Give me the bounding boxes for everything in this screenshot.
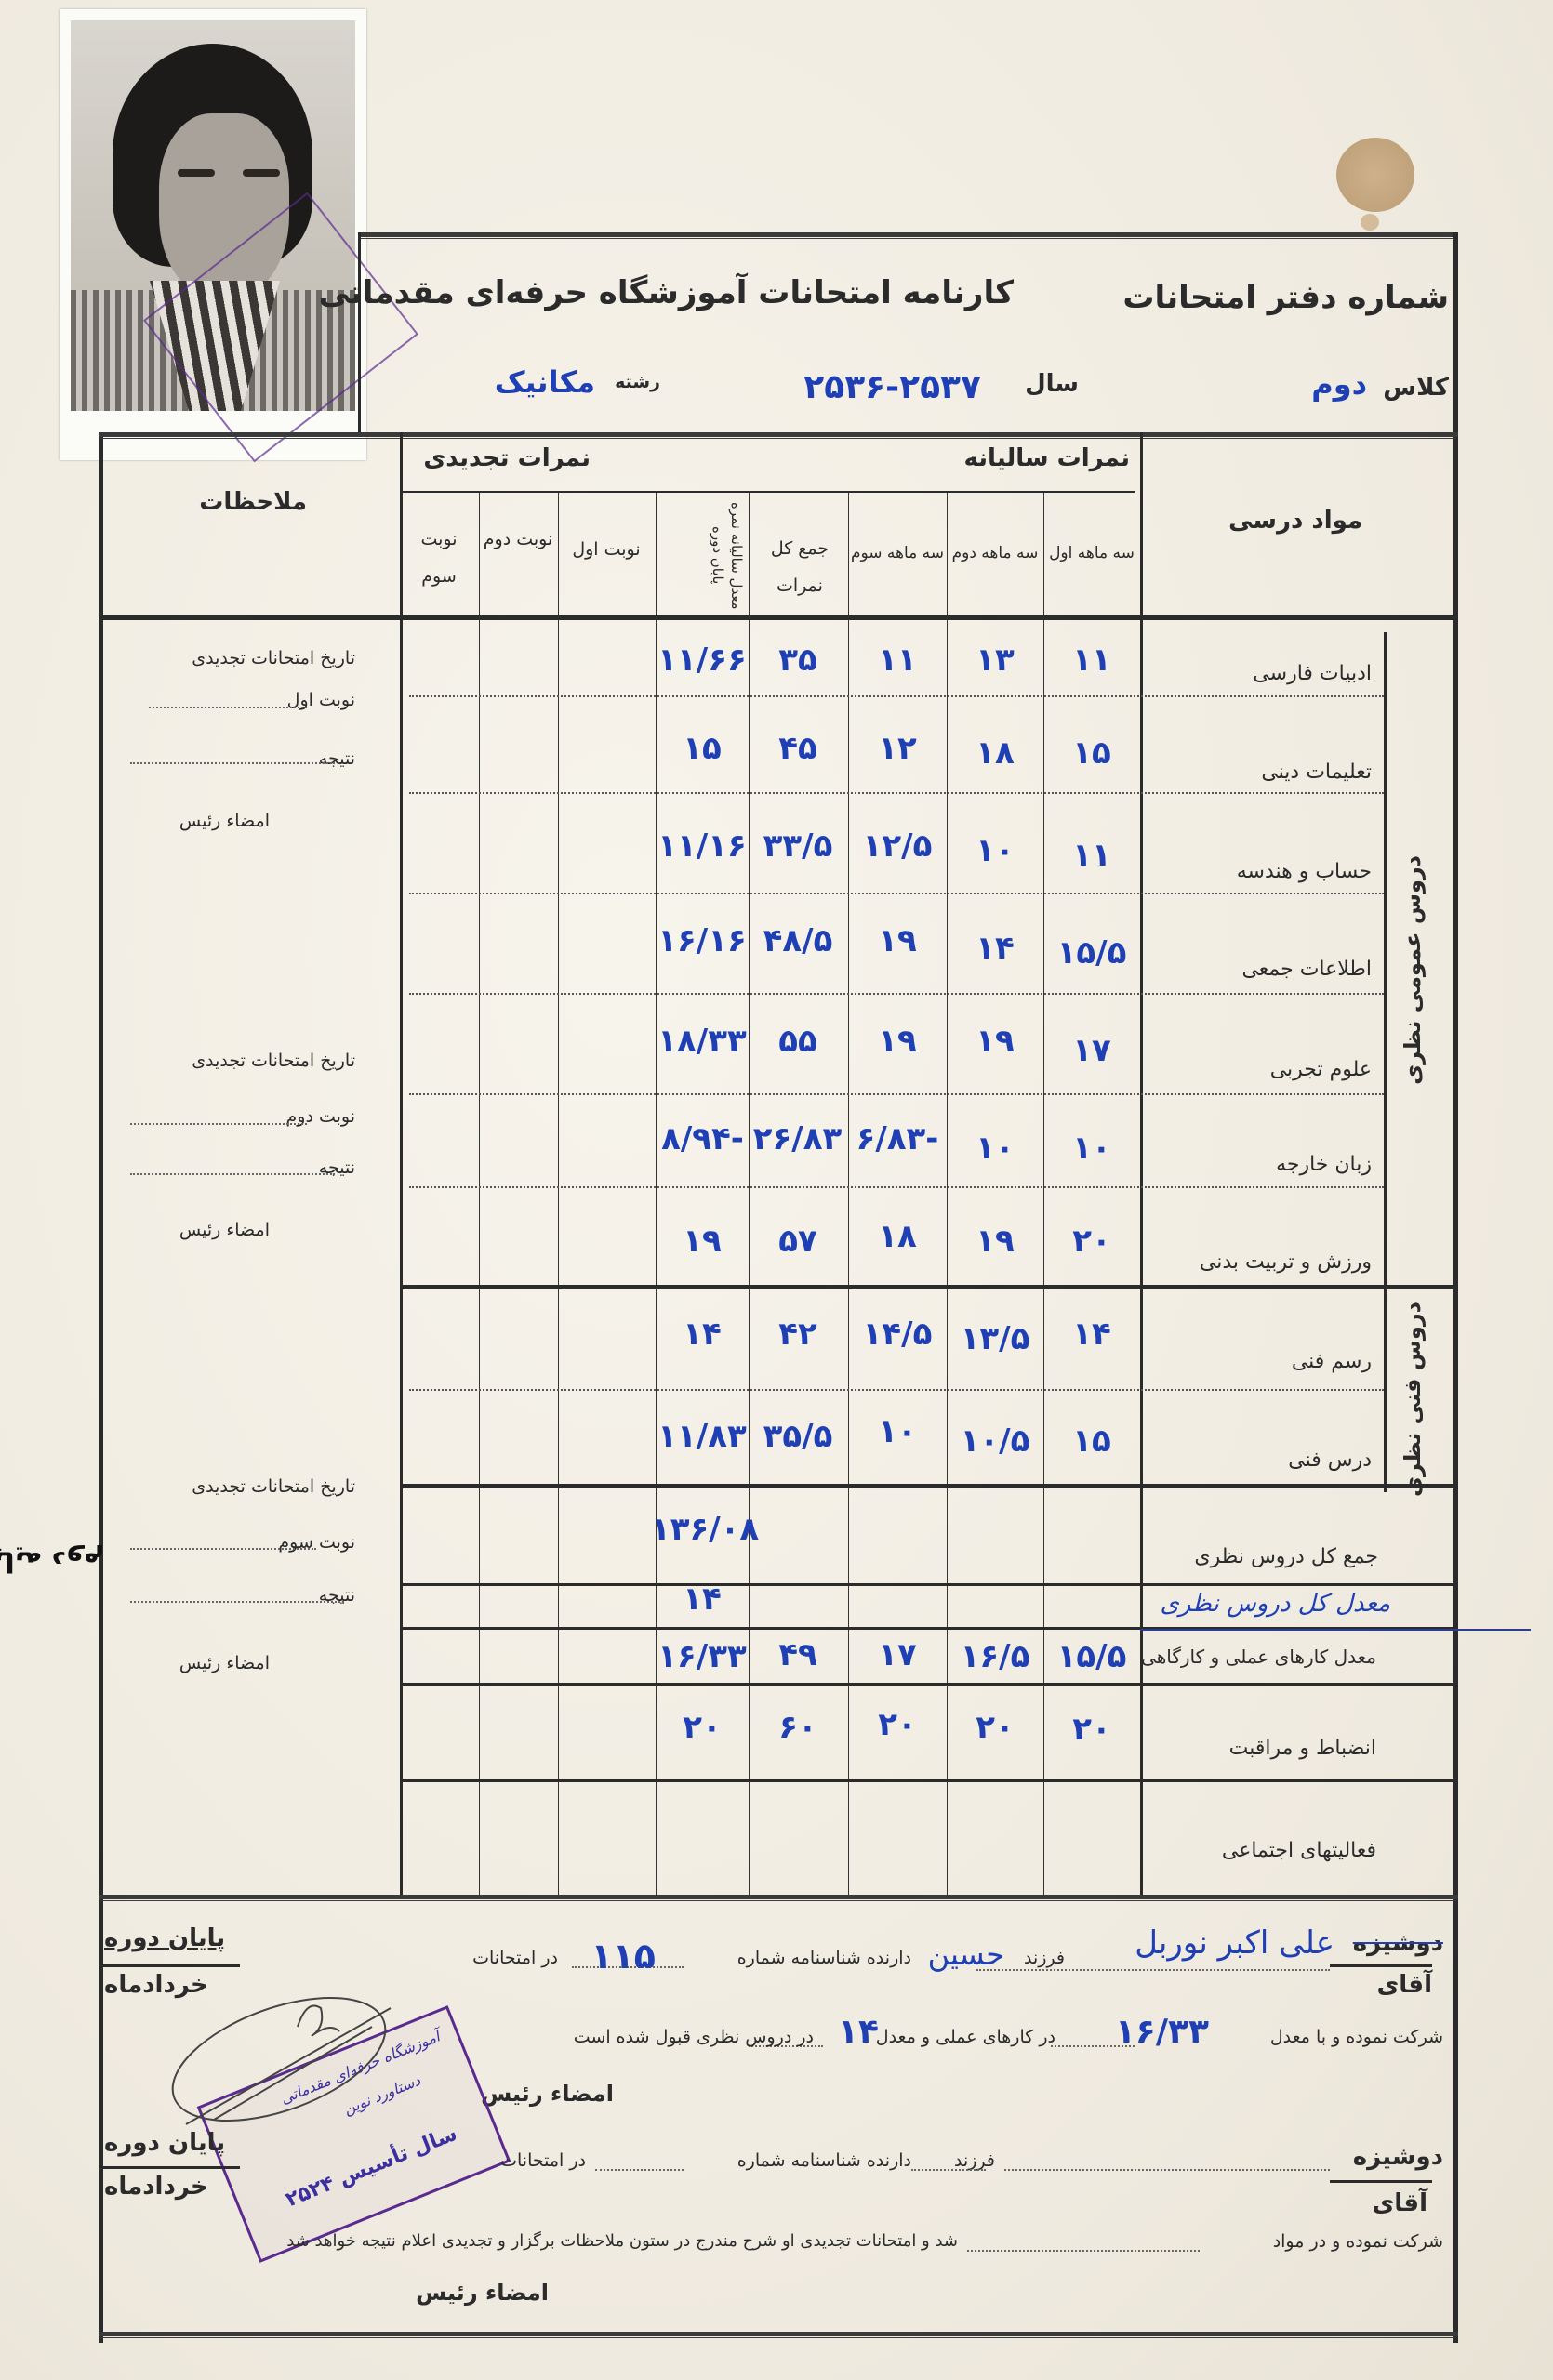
term2-cell: ۱۹ <box>949 1023 1042 1060</box>
total-cell: ۴۵ <box>751 730 844 767</box>
average-cell: ۱۸/۳۳ <box>656 1023 749 1060</box>
remark-signature: امضاء رئیس <box>179 1653 270 1673</box>
row-divider <box>409 792 1384 794</box>
subject-name: ورزش و تربیت بدنی <box>1200 1250 1372 1274</box>
col-line-subjects <box>1140 432 1143 1897</box>
col-retake-second: نوبت دوم <box>481 521 555 558</box>
col-line <box>479 493 480 1897</box>
annual-header: نمرات سالیانه <box>964 444 1130 472</box>
col-line <box>947 493 948 1897</box>
discipline-term1: ۲۰ <box>1045 1711 1138 1748</box>
col-line <box>656 493 657 1897</box>
average-cell: ۱۵ <box>656 730 749 767</box>
col-line <box>558 493 559 1897</box>
line2-part-b-2: شد و امتحانات تجدیدی او شرح مندرج در ستو… <box>286 2231 958 2251</box>
average-cell: ۱۶/۱۶ <box>656 922 749 959</box>
term2-cell: ۱۸ <box>949 734 1042 772</box>
remark-signature: امضاء رئیس <box>179 811 270 831</box>
id-value[interactable]: ۱۱۵ <box>591 1936 656 1977</box>
subject-name: علوم تجربی <box>1270 1058 1372 1081</box>
remark-round-blank[interactable] <box>130 1548 316 1550</box>
section-divider <box>400 1285 1458 1289</box>
term3-cell: ۱۲/۵ <box>851 827 944 865</box>
id-label-2: دارنده شناسنامه شماره <box>737 2150 911 2171</box>
total-cell: ۳۵ <box>751 641 844 679</box>
col-term3: سه ماهه سوم <box>848 544 947 562</box>
average-cell: ۱۱/۱۶ <box>656 827 749 865</box>
retake-header: نمرات تجدیدی <box>423 444 591 472</box>
frame-bottom <box>99 2332 1458 2336</box>
line2-part-a: شرکت نموده و با معدل <box>1270 2027 1443 2047</box>
term1-cell: ۱۰ <box>1045 1130 1138 1167</box>
name-blank-2[interactable] <box>1004 2169 1330 2171</box>
office-number-label: شماره دفتر امتحانات <box>1122 279 1449 316</box>
col-total: جمع کل نمرات <box>758 530 842 604</box>
child-of-label: فرزند <box>1024 1948 1065 1968</box>
subjects-blank-2[interactable] <box>967 2250 1200 2252</box>
discipline-label: انضباط و مراقبت <box>1229 1737 1376 1760</box>
col-retake-third: نوبت سوم <box>402 521 476 595</box>
father-name-value[interactable]: حسین <box>928 1937 1004 1972</box>
col-line <box>1043 493 1044 1897</box>
class-label: کلاس <box>1383 374 1449 402</box>
title-divider <box>1330 1964 1432 1967</box>
term3-cell: ۱۱ <box>851 641 944 679</box>
term2-cell: ۱۳ <box>949 641 1042 679</box>
stain-drip <box>1361 214 1379 231</box>
row-divider <box>409 1389 1384 1391</box>
id-blank-2[interactable] <box>595 2169 684 2171</box>
remark-title: تاریخ امتحانات تجدیدی <box>192 1476 355 1497</box>
col-average: معدل سالیانه نمره پایان دوره <box>662 497 746 614</box>
total-cell: ۴۸/۵ <box>751 922 844 959</box>
mr-label-2: آقای <box>1372 2189 1427 2217</box>
col-line-remarks <box>400 432 403 1897</box>
term3-cell: ۱۸ <box>851 1218 944 1255</box>
id-label: دارنده شناسنامه شماره <box>737 1948 911 1968</box>
theory-average-label: معدل کل دروس نظری <box>1160 1590 1390 1618</box>
term2-cell: ۱۰/۵ <box>949 1422 1042 1460</box>
father-blank-2[interactable] <box>911 2169 986 2171</box>
average-cell: ۸/۹۴- <box>649 1120 756 1157</box>
term2-cell: ۱۰ <box>949 1130 1042 1167</box>
theory-average-value-footer[interactable]: ۱۴ <box>838 2013 879 2051</box>
row-divider <box>409 1186 1384 1188</box>
exams-label-2: در امتحانات <box>500 2150 586 2171</box>
miss-label: دوشیزه <box>1353 1929 1443 1957</box>
total-cell: ۲۶/۸۳ <box>744 1120 851 1157</box>
col-term2: سه ماهه دوم <box>947 544 1043 562</box>
field-value[interactable]: مکانیک <box>495 364 595 400</box>
remark-result-blank[interactable] <box>130 1173 335 1175</box>
summary-divider <box>400 1683 1458 1686</box>
average-cell: ۱۱/۸۳ <box>656 1418 749 1455</box>
year-value[interactable]: ۲۵۳۶-۲۵۳۷ <box>803 368 981 406</box>
remark-signature: امضاء رئیس <box>179 1220 270 1240</box>
col-line <box>749 493 750 1897</box>
summary-divider <box>400 1779 1458 1782</box>
miss-label-2: دوشیزه <box>1353 2143 1443 2171</box>
subject-name: تعلیمات دینی <box>1261 760 1372 784</box>
period-divider <box>100 1964 240 1967</box>
period-label-2: پایان دوره <box>104 2129 225 2157</box>
term3-cell: ۱۴/۵ <box>851 1316 944 1353</box>
remark-result-blank[interactable] <box>130 1601 344 1603</box>
term3-cell: ۱۰ <box>851 1413 944 1450</box>
practical-term2: ۱۶/۵ <box>949 1638 1042 1675</box>
col-line <box>848 493 849 1897</box>
col-term1: سه ماهه اول <box>1043 544 1140 562</box>
term2-cell: ۱۰ <box>949 832 1042 869</box>
theory-total-label: جمع کل دروس نظری <box>1194 1545 1378 1568</box>
signature-label-1: امضاء رئیس <box>481 2081 614 2107</box>
subject-name: اطلاعات جمعی <box>1241 958 1372 981</box>
term1-cell: ۱۵/۵ <box>1045 934 1138 972</box>
row-divider <box>409 695 1384 697</box>
subject-name: رسم فنی <box>1292 1350 1372 1373</box>
field-label: رشته <box>615 372 660 392</box>
subject-name: زبان خارجه <box>1276 1153 1372 1176</box>
header-subdivider <box>400 491 1135 493</box>
row-divider <box>409 993 1384 995</box>
period-divider <box>100 2166 240 2169</box>
subject-name: درس فنی <box>1288 1448 1372 1472</box>
summary-divider <box>400 1583 1458 1586</box>
term2-cell: ۱۳/۵ <box>949 1320 1042 1357</box>
average-cell: ۱۹ <box>656 1223 749 1260</box>
title-divider <box>1330 2180 1432 2183</box>
term2-cell: ۱۴ <box>949 930 1042 967</box>
stain-mark <box>1336 138 1414 212</box>
term1-cell: ۱۵ <box>1045 734 1138 772</box>
subject-name: ادبیات فارسی <box>1253 662 1372 685</box>
group-technical-label: دروس فنی نظری <box>1400 1302 1426 1497</box>
discipline-total: ۶۰ <box>751 1709 844 1746</box>
discipline-term3: ۲۰ <box>851 1706 944 1743</box>
section-divider <box>400 1484 1458 1488</box>
col-line-group <box>1384 632 1387 1492</box>
discipline-term2: ۲۰ <box>949 1709 1042 1746</box>
row-divider <box>409 1093 1384 1095</box>
social-activities-label: فعالیتهای اجتماعی <box>1222 1839 1376 1862</box>
term1-cell: ۲۰ <box>1045 1223 1138 1260</box>
group-general-label: دروس عمومی نظری <box>1400 855 1426 1085</box>
discipline-average: ۲۰ <box>656 1709 749 1746</box>
exams-label: در امتحانات <box>472 1948 558 1968</box>
mr-label: آقای <box>1376 1971 1432 1999</box>
remark-result-blank[interactable] <box>130 762 335 764</box>
class-value[interactable]: دوم <box>1311 366 1367 402</box>
line2-part-b: در کارهای عملی و معدل <box>876 2027 1055 2047</box>
col-retake-first: نوبت اول <box>560 539 653 560</box>
child-of-label-2: فرزند <box>954 2150 995 2171</box>
term1-cell: ۱۷ <box>1045 1032 1138 1069</box>
remark-title: تاریخ امتحانات تجدیدی <box>192 648 355 668</box>
frame-left <box>99 432 103 2343</box>
remarks-header: ملاحظات <box>199 488 307 516</box>
line2-part-a-2: شرکت نموده و در مواد <box>1273 2231 1443 2252</box>
theory-total-value: ۱۳۶/۰۸ <box>651 1511 753 1548</box>
frame-top <box>358 232 1457 237</box>
remark-result: نتیجه <box>319 748 355 769</box>
term1-cell: ۱۱ <box>1045 837 1138 874</box>
theory-average-value: ۱۴ <box>656 1580 749 1618</box>
frame-header-left <box>358 232 361 432</box>
practical-total: ۴۹ <box>751 1636 844 1673</box>
term1-cell: ۱۱ <box>1045 641 1138 679</box>
month-label-2: خردادماه <box>104 2173 208 2201</box>
practical-label: معدل کارهای عملی و کارگاهی <box>1141 1646 1376 1668</box>
total-cell: ۳۵/۵ <box>751 1418 844 1455</box>
practical-average: ۱۶/۳۳ <box>656 1638 749 1675</box>
total-cell: ۳۳/۵ <box>751 827 844 865</box>
average-cell: ۱۴ <box>656 1316 749 1353</box>
period-label: پایان دوره <box>104 1924 225 1952</box>
table-bottom-line <box>99 1895 1458 1899</box>
term3-cell: ۶/۸۳- <box>842 1120 953 1157</box>
year-label: سال <box>1025 370 1079 398</box>
signature-label-2: امضاء رئیس <box>416 2280 549 2306</box>
header-bottom-line <box>99 432 1458 437</box>
margin-note: پایه دوم <box>0 1545 104 1578</box>
remark-round-blank[interactable] <box>149 707 307 708</box>
subjects-header: مواد درسی <box>1228 507 1362 535</box>
total-cell: ۵۷ <box>751 1223 844 1260</box>
student-name-value[interactable]: علی اکبر نوربل <box>1135 1924 1334 1962</box>
remark-round-blank[interactable] <box>130 1123 307 1125</box>
term1-cell: ۱۴ <box>1045 1316 1138 1353</box>
term3-cell: ۱۹ <box>851 1023 944 1060</box>
average-cell: ۱۱/۶۶ <box>656 641 749 679</box>
row-divider <box>409 892 1384 894</box>
term3-cell: ۱۲ <box>851 730 944 767</box>
term3-cell: ۱۹ <box>851 922 944 959</box>
subject-name: حساب و هندسه <box>1237 860 1372 883</box>
practical-term1: ۱۵/۵ <box>1045 1638 1138 1675</box>
handwritten-underline <box>1140 1629 1531 1631</box>
practical-term3: ۱۷ <box>851 1636 944 1673</box>
total-cell: ۴۲ <box>751 1316 844 1353</box>
name-dots <box>976 1969 1330 1971</box>
remark-title: تاریخ امتحانات تجدیدی <box>192 1051 355 1071</box>
dots <box>1051 2045 1135 2047</box>
line2-part-c: در دروس نظری قبول شده است <box>574 2027 814 2047</box>
term2-cell: ۱۹ <box>949 1223 1042 1260</box>
table-header-bottom <box>99 615 1458 620</box>
total-cell: ۵۵ <box>751 1023 844 1060</box>
report-title: کارنامه امتحانات آموزشگاه حرفه‌ای مقدمات… <box>319 274 1014 311</box>
term1-cell: ۱۵ <box>1045 1422 1138 1460</box>
